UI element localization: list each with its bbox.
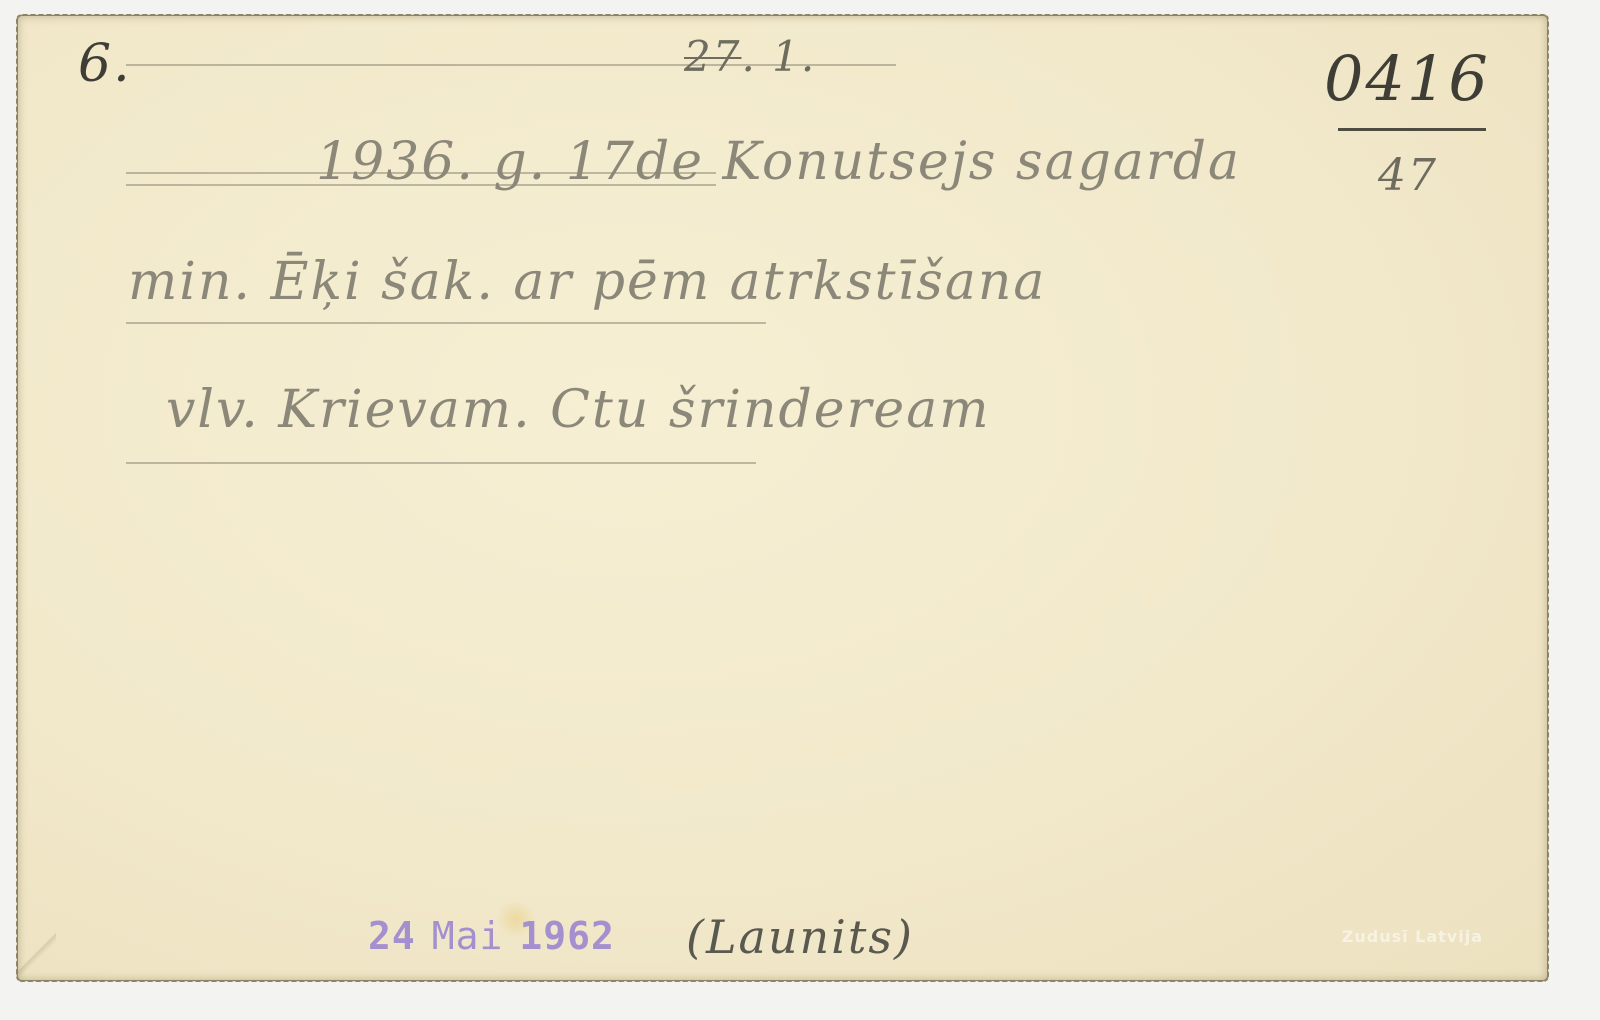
catalog-subnumber: 47 xyxy=(1378,150,1438,201)
struck-number: 27 xyxy=(684,32,741,81)
stamp-day: 24 xyxy=(368,914,416,958)
handwriting-line-3: vlv. Krievam. Ctu šrindeream xyxy=(166,380,991,440)
header-reference: 27. 1. xyxy=(684,32,816,81)
ruled-line-3 xyxy=(126,322,766,324)
ruled-line-4 xyxy=(126,462,756,464)
folded-corner xyxy=(16,922,56,982)
handwriting-line-2: min. Ēķi šak. ar pēm atrkstīšana xyxy=(128,252,1046,312)
watermark: Zudusī Latvija xyxy=(1342,927,1483,946)
catalog-underline xyxy=(1338,128,1486,131)
stamp-year: 1962 xyxy=(519,914,615,958)
postcard-back: 6. 27. 1. 0416 47 1936. g. 17de Konutsej… xyxy=(16,14,1549,982)
catalog-number: 0416 xyxy=(1324,42,1490,115)
handwriting-line-1: 1936. g. 17de Konutsejs sagarda xyxy=(316,132,1241,192)
stamp-handwritten-note: (Launits) xyxy=(686,910,914,964)
header-suffix: . 1. xyxy=(741,32,816,81)
date-stamp: 24Mai1962 xyxy=(368,914,631,958)
document-canvas: 6. 27. 1. 0416 47 1936. g. 17de Konutsej… xyxy=(0,0,1600,1020)
item-number: 6. xyxy=(78,34,132,94)
stamp-month: Mai xyxy=(432,914,504,958)
